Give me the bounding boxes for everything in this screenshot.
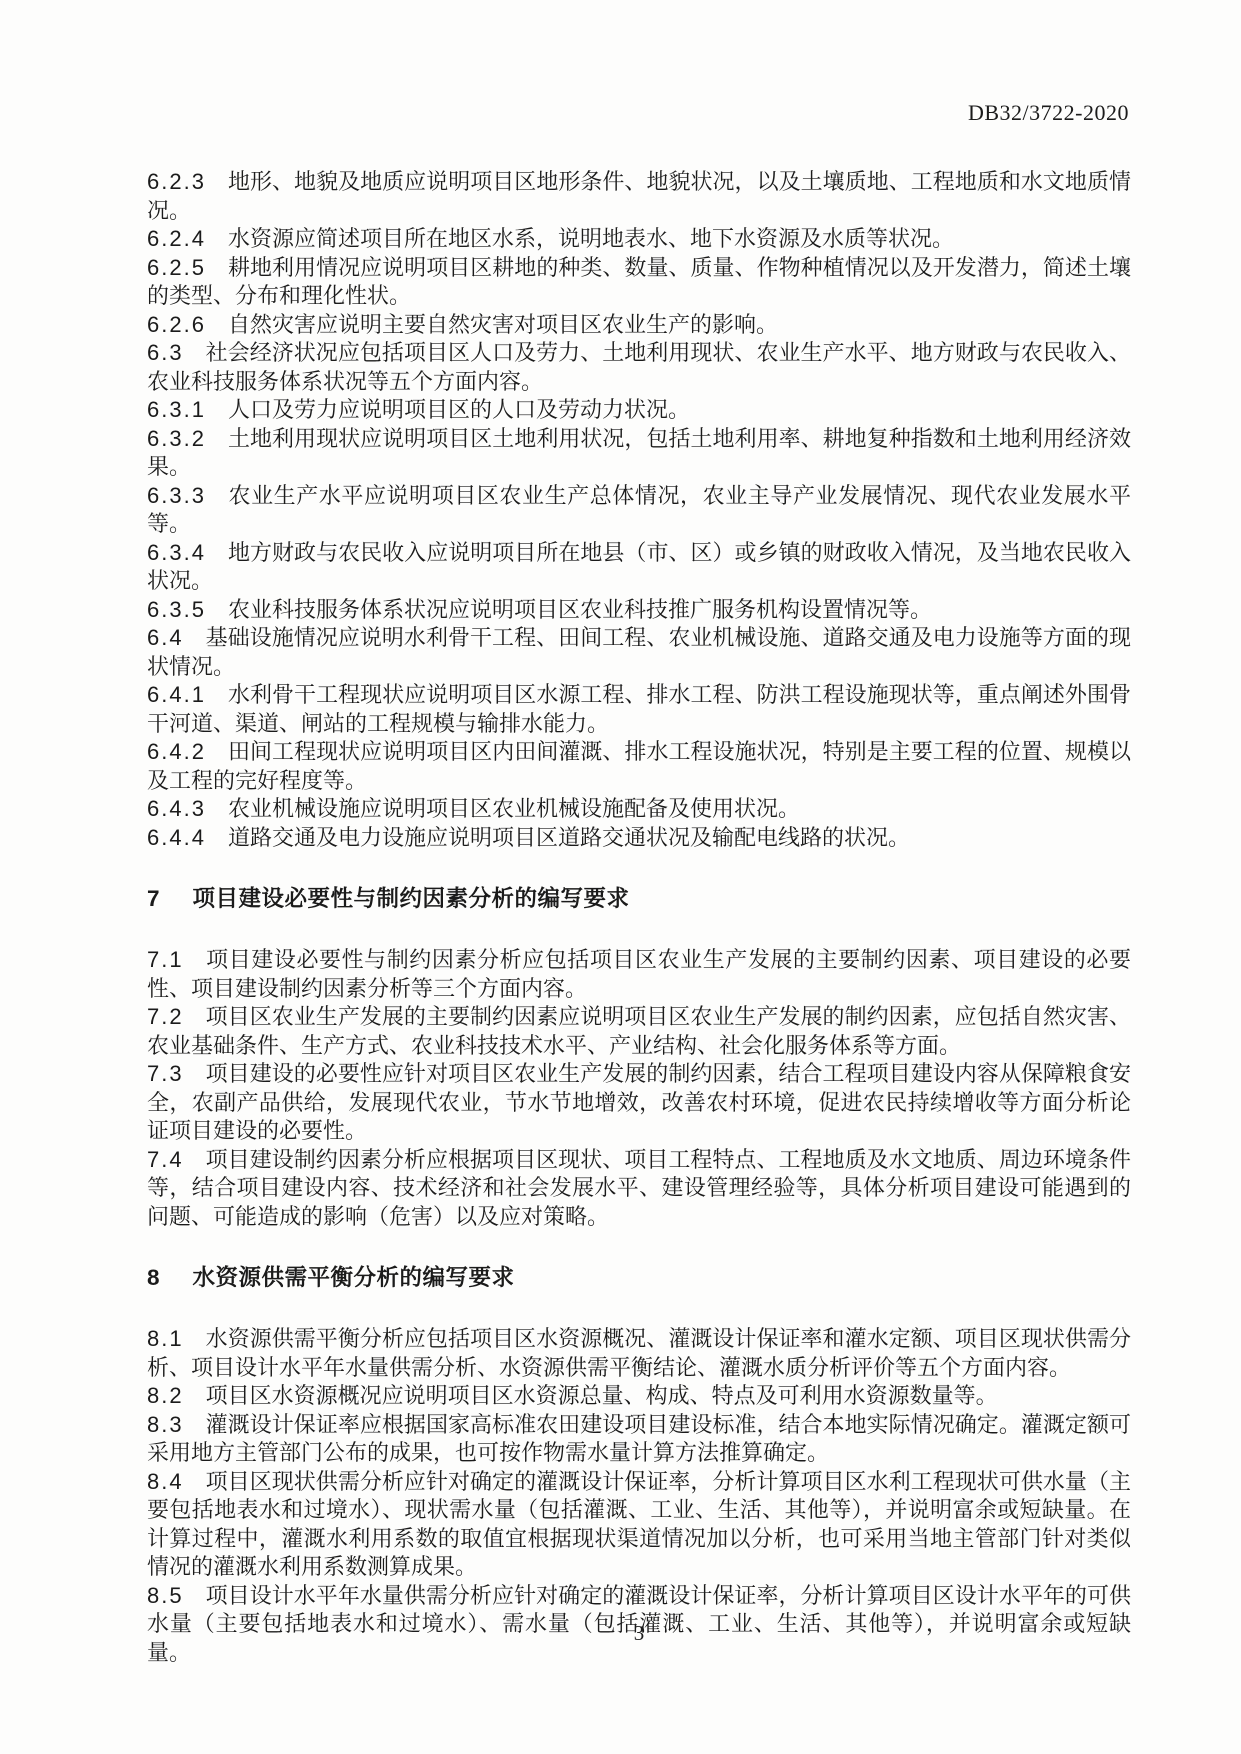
clause-6-4-4: 6.4.4道路交通及电力设施应说明项目区道路交通状况及输配电线路的状况。	[147, 824, 1131, 853]
clause-text: 耕地利用情况应说明项目区耕地的种类、数量、质量、作物种植情况以及开发潜力，简述土…	[147, 255, 1131, 309]
clause-number: 6.4.3	[147, 796, 228, 821]
clause-number: 8.3	[147, 1412, 206, 1437]
section-number: 8	[147, 1265, 193, 1290]
clause-text: 项目区水资源概况应说明项目区水资源总量、构成、特点及可利用水资源数量等。	[206, 1383, 998, 1408]
clause-6-3-5: 6.3.5农业科技服务体系状况应说明项目区农业科技推广服务机构设置情况等。	[147, 596, 1131, 625]
clause-6-4: 6.4基础设施情况应说明水利骨干工程、田间工程、农业机械设施、道路交通及电力设施…	[147, 624, 1131, 681]
clause-number: 6.2.3	[147, 169, 228, 194]
page-number: 3	[147, 1620, 1131, 1646]
clause-6-3-2: 6.3.2土地利用现状应说明项目区土地利用状况，包括土地利用率、耕地复种指数和土…	[147, 425, 1131, 482]
clause-text: 农业科技服务体系状况应说明项目区农业科技推广服务机构设置情况等。	[228, 597, 932, 622]
clause-7-4: 7.4项目建设制约因素分析应根据项目区现状、项目工程特点、工程地质及水文地质、周…	[147, 1146, 1131, 1232]
clause-text: 田间工程现状应说明项目区内田间灌溉、排水工程设施状况，特别是主要工程的位置、规模…	[147, 739, 1131, 793]
clause-text: 项目建设必要性与制约因素分析应包括项目区农业生产发展的主要制约因素、项目建设的必…	[147, 947, 1131, 1001]
clause-8-4: 8.4项目区现状供需分析应针对确定的灌溉设计保证率，分析计算项目区水利工程现状可…	[147, 1468, 1131, 1582]
clause-text: 基础设施情况应说明水利骨干工程、田间工程、农业机械设施、道路交通及电力设施等方面…	[147, 625, 1131, 679]
clause-number: 6.4	[147, 625, 206, 650]
clause-number: 8.4	[147, 1469, 206, 1494]
clause-text: 道路交通及电力设施应说明项目区道路交通状况及输配电线路的状况。	[228, 825, 910, 850]
clause-7-2: 7.2项目区农业生产发展的主要制约因素应说明项目区农业生产发展的制约因素，应包括…	[147, 1003, 1131, 1060]
clause-number: 7.4	[147, 1147, 206, 1172]
clause-text: 水资源应简述项目所在地区水系，说明地表水、地下水资源及水质等状况。	[228, 226, 954, 251]
clause-text: 水利骨干工程现状应说明项目区水源工程、排水工程、防洪工程设施现状等，重点阐述外围…	[147, 682, 1131, 736]
clause-text: 农业机械设施应说明项目区农业机械设施配备及使用状况。	[228, 796, 800, 821]
clause-number: 8.1	[147, 1326, 206, 1351]
document-body: 6.2.3地形、地貌及地质应说明项目区地形条件、地貌状况，以及土壤质地、工程地质…	[147, 168, 1131, 1667]
clause-6-2-5: 6.2.5耕地利用情况应说明项目区耕地的种类、数量、质量、作物种植情况以及开发潜…	[147, 254, 1131, 311]
clause-number: 8.5	[147, 1583, 206, 1608]
clause-number: 7.1	[147, 947, 206, 972]
clause-text: 地形、地貌及地质应说明项目区地形条件、地貌状况，以及土壤质地、工程地质和水文地质…	[147, 169, 1131, 223]
clause-number: 6.4.2	[147, 739, 228, 764]
document-page: DB32/3722-2020 6.2.3地形、地貌及地质应说明项目区地形条件、地…	[0, 0, 1241, 1754]
clause-6-2-3: 6.2.3地形、地貌及地质应说明项目区地形条件、地貌状况，以及土壤质地、工程地质…	[147, 168, 1131, 225]
clause-8-3: 8.3灌溉设计保证率应根据国家高标准农田建设项目建设标准，结合本地实际情况确定。…	[147, 1411, 1131, 1468]
clause-8-1: 8.1水资源供需平衡分析应包括项目区水资源概况、灌溉设计保证率和灌水定额、项目区…	[147, 1325, 1131, 1382]
clause-number: 6.2.5	[147, 255, 228, 280]
clause-text: 项目建设制约因素分析应根据项目区现状、项目工程特点、工程地质及水文地质、周边环境…	[147, 1147, 1131, 1229]
clause-text: 人口及劳力应说明项目区的人口及劳动力状况。	[228, 397, 690, 422]
clause-text: 社会经济状况应包括项目区人口及劳力、土地利用现状、农业生产水平、地方财政与农民收…	[147, 340, 1131, 394]
section-number: 7	[147, 886, 193, 911]
clause-number: 7.2	[147, 1004, 206, 1029]
clause-7-1: 7.1项目建设必要性与制约因素分析应包括项目区农业生产发展的主要制约因素、项目建…	[147, 946, 1131, 1003]
clause-number: 6.3.3	[147, 483, 228, 508]
section-title: 水资源供需平衡分析的编写要求	[193, 1265, 515, 1290]
clause-number: 6.4.1	[147, 682, 228, 707]
clause-number: 6.3.1	[147, 397, 228, 422]
clause-number: 6.3.2	[147, 426, 228, 451]
clause-text: 项目区现状供需分析应针对确定的灌溉设计保证率，分析计算项目区水利工程现状可供水量…	[147, 1469, 1131, 1580]
clause-text: 农业生产水平应说明项目区农业生产总体情况，农业主导产业发展情况、现代农业发展水平…	[147, 483, 1131, 537]
section-heading-8: 8水资源供需平衡分析的编写要求	[147, 1263, 1131, 1292]
clause-number: 6.2.4	[147, 226, 228, 251]
clause-text: 水资源供需平衡分析应包括项目区水资源概况、灌溉设计保证率和灌水定额、项目区现状供…	[147, 1326, 1131, 1380]
clause-text: 土地利用现状应说明项目区土地利用状况，包括土地利用率、耕地复种指数和土地利用经济…	[147, 426, 1131, 480]
clause-6-3-1: 6.3.1人口及劳力应说明项目区的人口及劳动力状况。	[147, 396, 1131, 425]
clause-number: 8.2	[147, 1383, 206, 1408]
section-title: 项目建设必要性与制约因素分析的编写要求	[193, 886, 630, 911]
clause-6-4-1: 6.4.1水利骨干工程现状应说明项目区水源工程、排水工程、防洪工程设施现状等，重…	[147, 681, 1131, 738]
clause-6-3-3: 6.3.3农业生产水平应说明项目区农业生产总体情况，农业主导产业发展情况、现代农…	[147, 482, 1131, 539]
clause-7-3: 7.3项目建设的必要性应针对项目区农业生产发展的制约因素，结合工程项目建设内容从…	[147, 1060, 1131, 1146]
clause-6-3-4: 6.3.4地方财政与农民收入应说明项目所在地县（市、区）或乡镇的财政收入情况，及…	[147, 539, 1131, 596]
clause-number: 6.2.6	[147, 312, 228, 337]
clause-number: 6.3	[147, 340, 206, 365]
clause-number: 6.3.4	[147, 540, 228, 565]
clause-6-2-6: 6.2.6自然灾害应说明主要自然灾害对项目区农业生产的影响。	[147, 311, 1131, 340]
clause-text: 地方财政与农民收入应说明项目所在地县（市、区）或乡镇的财政收入情况，及当地农民收…	[147, 540, 1131, 594]
clause-6-4-2: 6.4.2田间工程现状应说明项目区内田间灌溉、排水工程设施状况，特别是主要工程的…	[147, 738, 1131, 795]
clause-number: 6.4.4	[147, 825, 228, 850]
clause-6-2-4: 6.2.4水资源应简述项目所在地区水系，说明地表水、地下水资源及水质等状况。	[147, 225, 1131, 254]
clause-text: 项目区农业生产发展的主要制约因素应说明项目区农业生产发展的制约因素，应包括自然灾…	[147, 1004, 1131, 1058]
clause-6-4-3: 6.4.3农业机械设施应说明项目区农业机械设施配备及使用状况。	[147, 795, 1131, 824]
standard-code: DB32/3722-2020	[968, 100, 1129, 126]
clause-text: 项目建设的必要性应针对项目区农业生产发展的制约因素，结合工程项目建设内容从保障粮…	[147, 1061, 1131, 1143]
clause-number: 6.3.5	[147, 597, 228, 622]
clause-text: 灌溉设计保证率应根据国家高标准农田建设项目建设标准，结合本地实际情况确定。灌溉定…	[147, 1412, 1131, 1466]
clause-number: 7.3	[147, 1061, 206, 1086]
clause-8-2: 8.2项目区水资源概况应说明项目区水资源总量、构成、特点及可利用水资源数量等。	[147, 1382, 1131, 1411]
clause-text: 自然灾害应说明主要自然灾害对项目区农业生产的影响。	[228, 312, 778, 337]
clause-6-3: 6.3社会经济状况应包括项目区人口及劳力、土地利用现状、农业生产水平、地方财政与…	[147, 339, 1131, 396]
section-heading-7: 7项目建设必要性与制约因素分析的编写要求	[147, 884, 1131, 913]
